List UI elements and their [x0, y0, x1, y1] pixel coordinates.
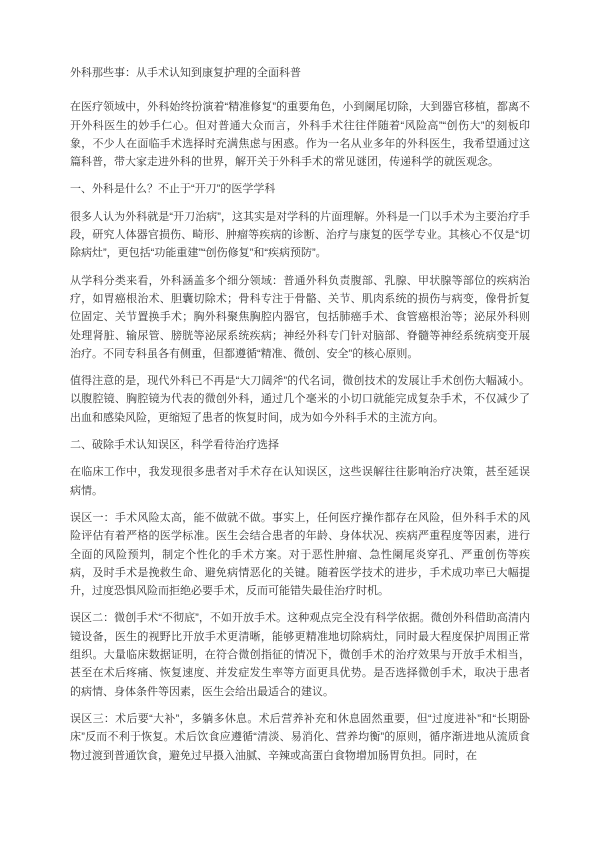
- section-2-paragraph-4: 误区三：术后要“大补”，多躺多休息。术后营养补充和休息固然重要，但“过度进补”和…: [70, 710, 530, 765]
- intro-paragraph: 在医疗领域中，外科始终扮演着“精准修复”的重要角色，小到阑尾切除，大到器官移植，…: [70, 98, 530, 171]
- document-page: 外科那些事：从手术认知到康复护理的全面科普 在医疗领域中，外科始终扮演着“精准修…: [0, 0, 595, 841]
- document-title: 外科那些事：从手术认知到康复护理的全面科普: [70, 64, 530, 82]
- section-1-paragraph-2: 从学科分类来看，外科涵盖多个细分领域：普通外科负责腹部、乳腺、甲状腺等部位的疾病…: [70, 272, 530, 363]
- section-1-paragraph-1: 很多人认为外科就是“开刀治病”，这其实是对学科的片面理解。外科是一门以手术为主要…: [70, 208, 530, 263]
- section-1-paragraph-3: 值得注意的是，现代外科已不再是“大刀阔斧”的代名词，微创技术的发展让手术创伤大幅…: [70, 372, 530, 427]
- section-2-paragraph-1: 在临床工作中，我发现很多患者对手术存在认知误区，这些误解往往影响治疗决策，甚至延…: [70, 463, 530, 500]
- section-2-paragraph-2: 误区一：手术风险太高，能不做就不做。事实上，任何医疗操作都存在风险，但外科手术的…: [70, 509, 530, 600]
- section-1-heading: 一、外科是什么？不止于“开刀”的医学学科: [70, 180, 530, 198]
- section-2-heading: 二、破除手术认知误区，科学看待治疗选择: [70, 436, 530, 454]
- section-2-paragraph-3: 误区二：微创手术“不彻底”，不如开放手术。这种观点完全没有科学依据。微创外科借助…: [70, 609, 530, 700]
